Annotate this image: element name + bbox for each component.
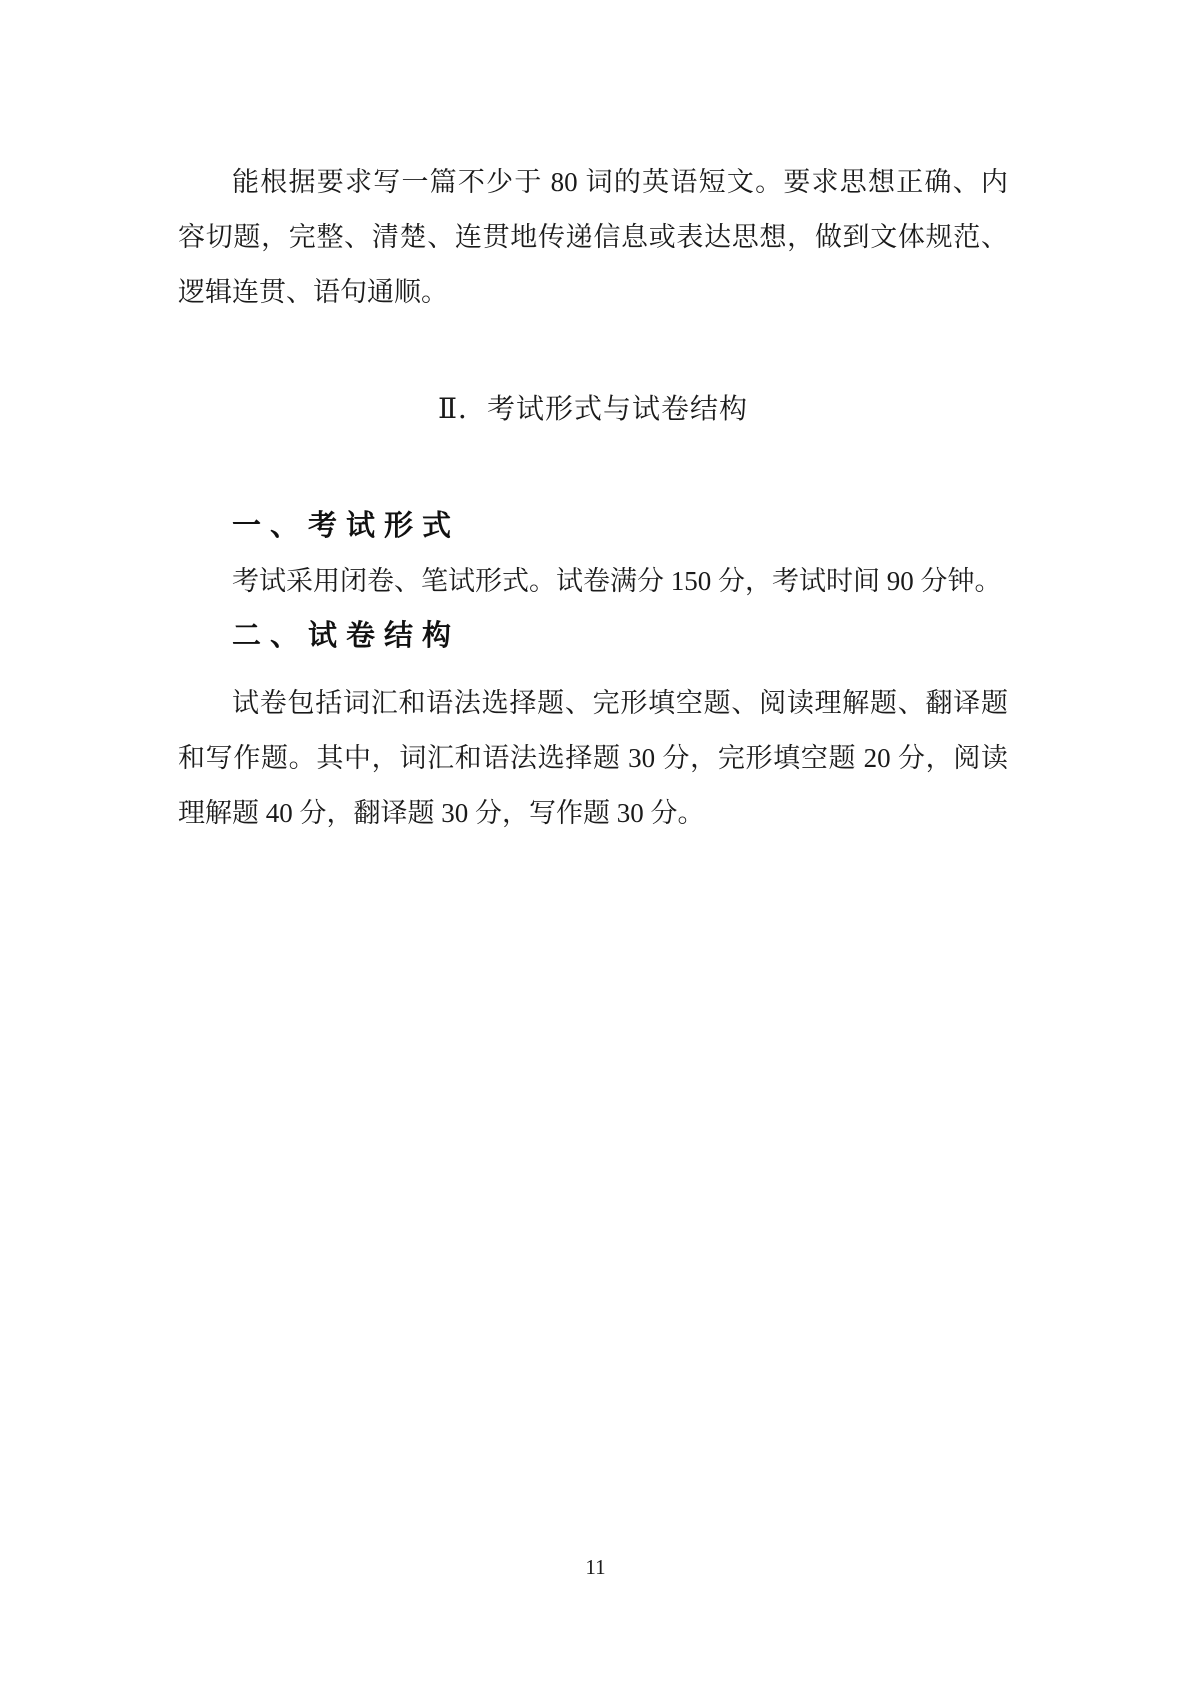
section-heading-paper-structure: 二、试卷结构: [178, 609, 1008, 664]
paragraph-line: 和写作题。其中，词汇和语法选择题 30 分，完形填空题 20 分，阅读: [178, 731, 1008, 786]
paper-structure-paragraph: 试卷包括词汇和语法选择题、完形填空题、阅读理解题、翻译题 和写作题。其中，词汇和…: [178, 676, 1008, 841]
paragraph-line: 能根据要求写一篇不少于 80 词的英语短文。要求思想正确、内: [178, 155, 1008, 210]
main-heading: Ⅱ．考试形式与试卷结构: [178, 382, 1008, 437]
paragraph-line: 容切题，完整、清楚、连贯地传递信息或表达思想，做到文体规范、: [178, 210, 1008, 265]
page-content: 能根据要求写一篇不少于 80 词的英语短文。要求思想正确、内 容切题，完整、清楚…: [178, 155, 1008, 841]
document-page: 能根据要求写一篇不少于 80 词的英语短文。要求思想正确、内 容切题，完整、清楚…: [0, 0, 1191, 1684]
paragraph-line: 试卷包括词汇和语法选择题、完形填空题、阅读理解题、翻译题: [178, 676, 1008, 731]
paragraph-line: 理解题 40 分，翻译题 30 分，写作题 30 分。: [178, 786, 1008, 841]
intro-paragraph: 能根据要求写一篇不少于 80 词的英语短文。要求思想正确、内 容切题，完整、清楚…: [178, 155, 1008, 320]
page-number: 11: [0, 1552, 1191, 1582]
paragraph-line: 逻辑连贯、语句通顺。: [178, 265, 1008, 320]
exam-format-body: 考试采用闭卷、笔试形式。试卷满分 150 分，考试时间 90 分钟。: [178, 554, 1008, 609]
exam-format-paragraph: 考试采用闭卷、笔试形式。试卷满分 150 分，考试时间 90 分钟。: [178, 554, 1008, 609]
section-heading-exam-format: 一、考试形式: [178, 499, 1008, 554]
